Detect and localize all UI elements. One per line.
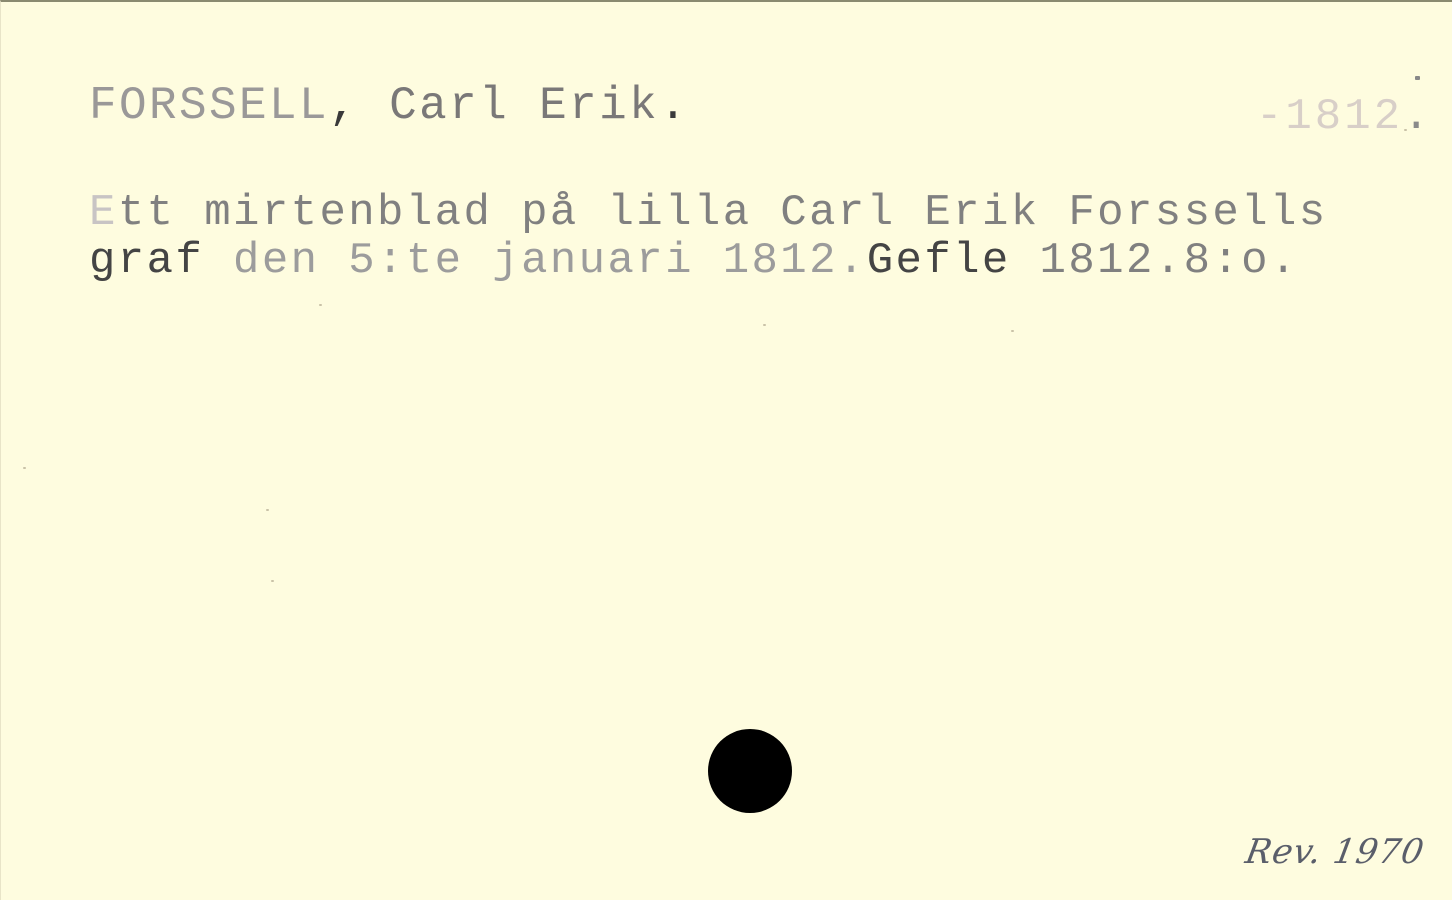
punch-hole bbox=[708, 729, 792, 813]
heading-period: . bbox=[659, 80, 689, 132]
line1-text: tt mirtenblad på lilla Carl Erik Forssel… bbox=[118, 188, 1328, 238]
paper-speck bbox=[266, 509, 269, 511]
revision-note: Rev. 1970 bbox=[1242, 832, 1427, 872]
line2-first-word: graf bbox=[89, 236, 204, 286]
publication-place: Gefle bbox=[867, 236, 1011, 286]
paper-speck bbox=[1404, 129, 1407, 131]
author-dates: -1812. bbox=[1256, 92, 1432, 142]
line1-first-letter: E bbox=[89, 188, 118, 238]
heading-comma: , bbox=[329, 80, 359, 132]
description-line-1: Ett mirtenblad på lilla Carl Erik Forsse… bbox=[89, 188, 1328, 238]
dates-text: -1812 bbox=[1256, 92, 1403, 142]
dates-period: . bbox=[1403, 92, 1432, 142]
author-surname: FORSSELL bbox=[89, 80, 329, 132]
paper-speck bbox=[763, 324, 766, 326]
paper-speck bbox=[1415, 76, 1420, 80]
catalog-card: FORSSELL, Carl Erik. -1812. Ett mirtenbl… bbox=[0, 0, 1452, 900]
author-given-names: Carl Erik bbox=[389, 80, 659, 132]
paper-speck bbox=[319, 304, 322, 306]
paper-speck bbox=[1011, 330, 1014, 332]
paper-speck bbox=[23, 467, 26, 469]
description-line-2: graf den 5:te januari 1812.Gefle 1812.8:… bbox=[89, 236, 1299, 286]
line2-text: den 5:te januari 1812. bbox=[204, 236, 867, 286]
card-heading: FORSSELL, Carl Erik. bbox=[89, 80, 689, 132]
line2-end: 1812.8:o. bbox=[1011, 236, 1299, 286]
paper-speck bbox=[271, 580, 274, 582]
